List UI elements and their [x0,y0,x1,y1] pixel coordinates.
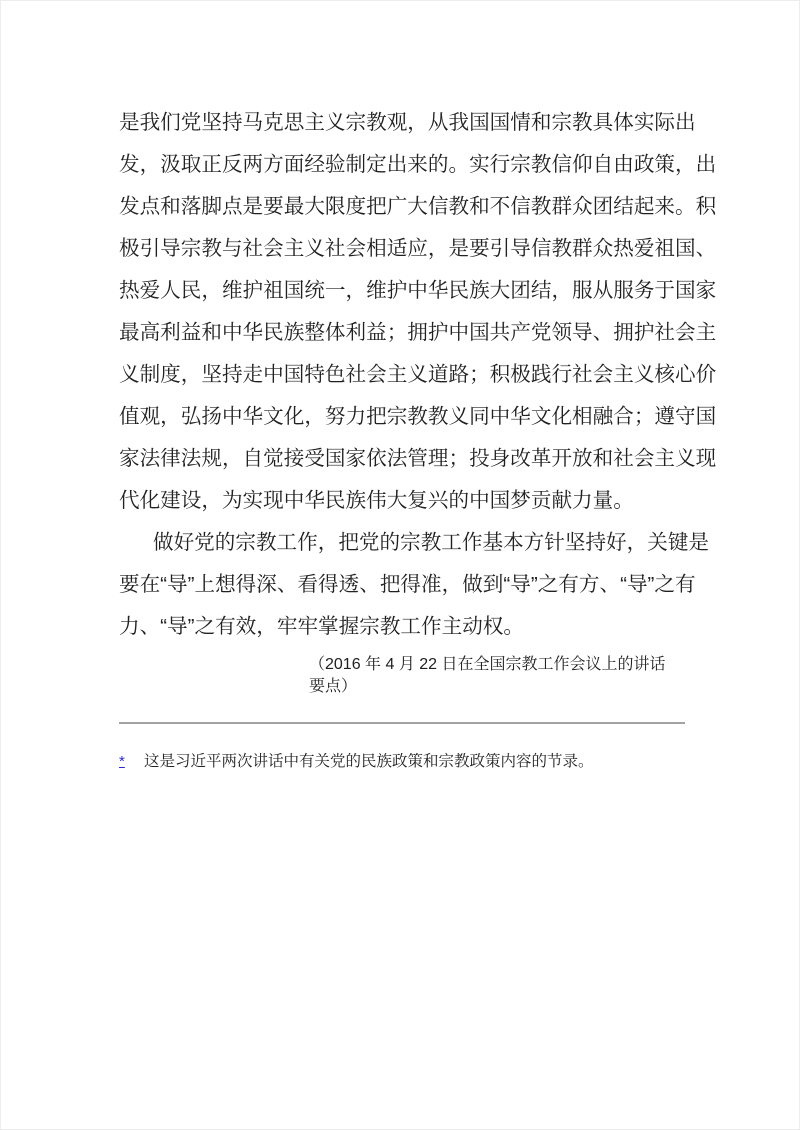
footnote-marker-link[interactable]: * [119,753,125,770]
document-page: 是我们党坚持马克思主义宗教观，从我国国情和宗教具体实际出 发，汲取正反两方面经验… [0,0,800,1130]
footnote: * 这是习近平两次讲话中有关党的民族政策和宗教政策内容的节录。 [119,751,685,773]
footnote-text: 这是习近平两次讲话中有关党的民族政策和宗教政策内容的节录。 [144,751,685,773]
paragraph-2: 做好党的宗教工作，把党的宗教工作基本方针坚持好，关键是 要在“导”上想得深、看得… [119,522,685,648]
speech-citation: （2016 年 4 月 22 日在全国宗教工作会议上的讲话 要点） [309,654,685,698]
text-line: 发，汲取正反两方面经验制定出来的。实行宗教信仰自由政策，出 [119,144,685,186]
text-line: 代化建设，为实现中华民族伟大复兴的中国梦贡献力量。 [119,480,685,522]
text-line: 义制度，坚持走中国特色社会主义道路；积极践行社会主义核心价 [119,354,685,396]
citation-line: （2016 年 4 月 22 日在全国宗教工作会议上的讲话 [309,654,685,676]
text-line: 值观，弘扬中华文化，努力把宗教教义同中华文化相融合；遵守国 [119,396,685,438]
text-line: 家法律法规，自觉接受国家依法管理；投身改革开放和社会主义现 [119,438,685,480]
text-line: 力、“导”之有效，牢牢掌握宗教工作主动权。 [119,606,685,648]
footnote-divider [119,722,685,724]
footnote-marker-cell: * [119,751,144,773]
citation-line: 要点） [309,676,685,698]
page-content: 是我们党坚持马克思主义宗教观，从我国国情和宗教具体实际出 发，汲取正反两方面经验… [119,102,685,773]
text-line: 最高利益和中华民族整体利益；拥护中国共产党领导、拥护社会主 [119,312,685,354]
text-line: 要在“导”上想得深、看得透、把得准，做到“导”之有方、“导”之有 [119,564,685,606]
text-line: 发点和落脚点是要最大限度把广大信教和不信教群众团结起来。积 [119,186,685,228]
text-line: 是我们党坚持马克思主义宗教观，从我国国情和宗教具体实际出 [119,102,685,144]
paragraph-1: 是我们党坚持马克思主义宗教观，从我国国情和宗教具体实际出 发，汲取正反两方面经验… [119,102,685,522]
text-line: 做好党的宗教工作，把党的宗教工作基本方针坚持好，关键是 [119,522,685,564]
text-line: 热爱人民，维护祖国统一，维护中华民族大团结，服从服务于国家 [119,270,685,312]
text-line: 极引导宗教与社会主义社会相适应，是要引导信教群众热爱祖国、 [119,228,685,270]
